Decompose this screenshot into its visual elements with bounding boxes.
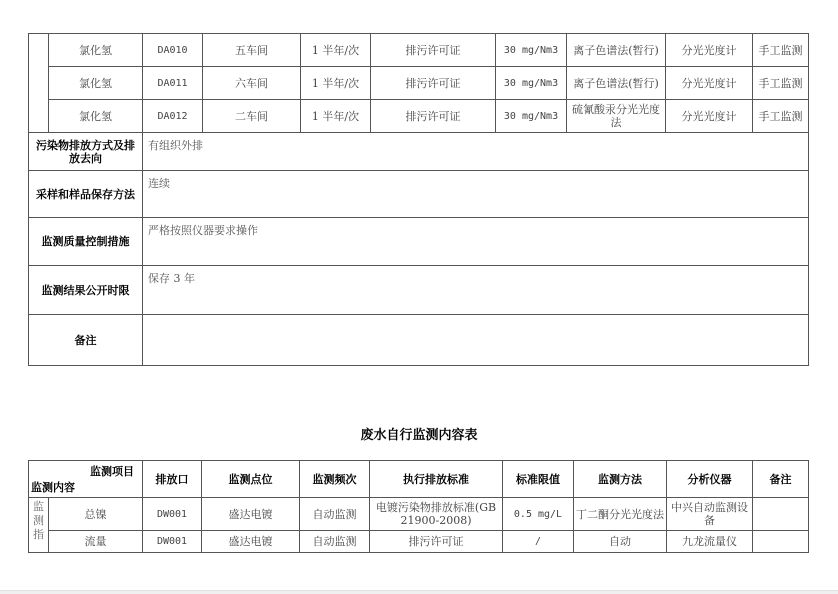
header-item-label: 监测项目 (90, 465, 134, 478)
info-label: 备注 (29, 315, 143, 366)
table-row: 氯化氢 DA011 六车间 1 半年/次 排污许可证 30 mg/Nm3 离子色… (29, 67, 809, 100)
method-cell: 离子色谱法(暂行) (567, 67, 666, 100)
outlet-cell: DA010 (143, 34, 203, 67)
instrument-cell: 九龙流量仪 (667, 531, 753, 553)
water-table-title: 废水自行监测内容表 (0, 424, 838, 443)
pollutant-cell: 氯化氢 (49, 34, 143, 67)
note-cell: 手工监测 (753, 100, 809, 133)
limit-cell: 30 mg/Nm3 (496, 100, 567, 133)
standard-cell: 排污许可证 (370, 531, 503, 553)
header-limit: 标准限值 (503, 461, 574, 498)
info-row-discharge: 污染物排放方式及排放去向 有组织外排 (29, 133, 809, 171)
frequency-cell: 自动监测 (300, 531, 370, 553)
standard-cell: 排污许可证 (371, 100, 496, 133)
standard-cell: 排污许可证 (371, 67, 496, 100)
table-row: 氯化氢 DA010 五车间 1 半年/次 排污许可证 30 mg/Nm3 离子色… (29, 34, 809, 67)
info-row-quality: 监测质量控制措施 严格按照仪器要求操作 (29, 218, 809, 266)
info-row-sampling: 采样和样品保存方法 连续 (29, 171, 809, 218)
outlet-cell: DA012 (143, 100, 203, 133)
header-note: 备注 (753, 461, 809, 498)
header-standard: 执行排放标准 (370, 461, 503, 498)
frequency-cell: 自动监测 (300, 498, 370, 531)
air-monitoring-table: 氯化氢 DA010 五车间 1 半年/次 排污许可证 30 mg/Nm3 离子色… (28, 33, 809, 366)
point-cell: 盛达电镀 (202, 498, 300, 531)
info-value (143, 315, 809, 366)
table-row: 监测指 总镍 DW001 盛达电镀 自动监测 电镀污染物排放标准(GB 2190… (29, 498, 809, 531)
method-cell: 硫氰酸汞分光光度法 (567, 100, 666, 133)
method-cell: 离子色谱法(暂行) (567, 34, 666, 67)
note-cell: 手工监测 (753, 34, 809, 67)
limit-cell: / (503, 531, 574, 553)
diagonal-header: 监测项目 监测内容 (29, 461, 143, 498)
item-cell: 流量 (49, 531, 143, 553)
limit-cell: 30 mg/Nm3 (496, 67, 567, 100)
limit-cell: 0.5 mg/L (503, 498, 574, 531)
method-cell: 自动 (574, 531, 667, 553)
note-cell (753, 498, 809, 531)
info-value: 连续 (143, 171, 809, 218)
point-cell: 二车间 (203, 100, 301, 133)
side-label: 监测指 (29, 498, 49, 553)
item-cell: 总镍 (49, 498, 143, 531)
water-monitoring-table: 监测项目 监测内容 排放口 监测点位 监测频次 执行排放标准 标准限值 监测方法… (28, 460, 809, 553)
frequency-cell: 1 半年/次 (301, 67, 371, 100)
merged-side-cell (29, 34, 49, 133)
limit-cell: 30 mg/Nm3 (496, 34, 567, 67)
note-cell: 手工监测 (753, 67, 809, 100)
point-cell: 五车间 (203, 34, 301, 67)
info-value: 有组织外排 (143, 133, 809, 171)
instrument-cell: 分光光度计 (666, 67, 753, 100)
note-cell (753, 531, 809, 553)
method-cell: 丁二酮分光光度法 (574, 498, 667, 531)
standard-cell: 排污许可证 (371, 34, 496, 67)
outlet-cell: DW001 (143, 498, 202, 531)
instrument-cell: 分光光度计 (666, 100, 753, 133)
header-point: 监测点位 (202, 461, 300, 498)
instrument-cell: 中兴自动监测设备 (667, 498, 753, 531)
info-row-remarks: 备注 (29, 315, 809, 366)
info-value: 严格按照仪器要求操作 (143, 218, 809, 266)
outlet-cell: DW001 (143, 531, 202, 553)
frequency-cell: 1 半年/次 (301, 34, 371, 67)
header-row: 监测项目 监测内容 排放口 监测点位 监测频次 执行排放标准 标准限值 监测方法… (29, 461, 809, 498)
header-instrument: 分析仪器 (667, 461, 753, 498)
info-value: 保存 3 年 (143, 266, 809, 315)
table-row: 氯化氢 DA012 二车间 1 半年/次 排污许可证 30 mg/Nm3 硫氰酸… (29, 100, 809, 133)
frequency-cell: 1 半年/次 (301, 100, 371, 133)
point-cell: 六车间 (203, 67, 301, 100)
outlet-cell: DA011 (143, 67, 203, 100)
pollutant-cell: 氯化氢 (49, 67, 143, 100)
point-cell: 盛达电镀 (202, 531, 300, 553)
table-row: 流量 DW001 盛达电镀 自动监测 排污许可证 / 自动 九龙流量仪 (29, 531, 809, 553)
header-outlet: 排放口 (143, 461, 202, 498)
pollutant-cell: 氯化氢 (49, 100, 143, 133)
info-label: 采样和样品保存方法 (29, 171, 143, 218)
info-label: 监测结果公开时限 (29, 266, 143, 315)
info-label: 污染物排放方式及排放去向 (29, 133, 143, 171)
info-label: 监测质量控制措施 (29, 218, 143, 266)
info-row-disclosure: 监测结果公开时限 保存 3 年 (29, 266, 809, 315)
standard-cell: 电镀污染物排放标准(GB 21900-2008) (370, 498, 503, 531)
header-frequency: 监测频次 (300, 461, 370, 498)
page-bottom-edge (0, 590, 838, 594)
header-content-label: 监测内容 (31, 481, 75, 494)
instrument-cell: 分光光度计 (666, 34, 753, 67)
header-method: 监测方法 (574, 461, 667, 498)
